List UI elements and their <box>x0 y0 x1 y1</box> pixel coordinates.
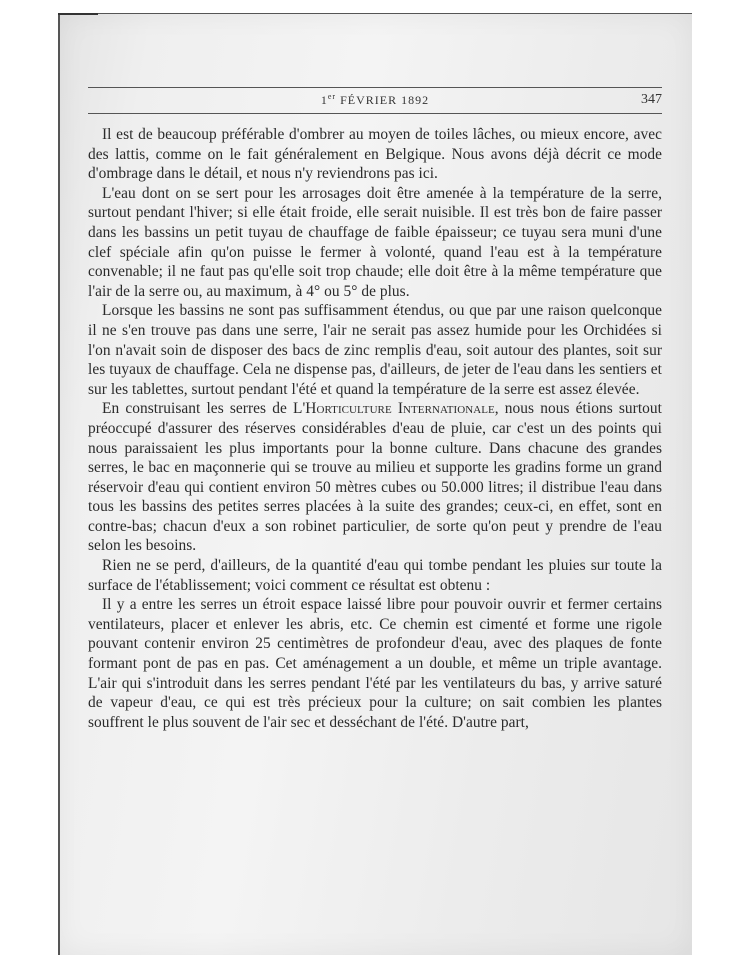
header-rule-bottom <box>88 113 662 114</box>
paragraph: Il y a entre les serres un étroit espace… <box>88 595 662 732</box>
paragraph: En construisant les serres de L'Horticul… <box>88 399 662 556</box>
publication-name: L'Horticulture Internationale <box>293 400 495 417</box>
running-head: 1er FÉVRIER 1892 347 <box>88 92 662 110</box>
paragraph: Il est de beaucoup préférable d'ombrer a… <box>88 125 662 184</box>
paragraph: Rien ne se perd, d'ailleurs, de la quant… <box>88 556 662 595</box>
header-rule-top <box>88 87 662 88</box>
paragraph: L'eau dont on se sert pour les arrosages… <box>88 184 662 302</box>
page-number: 347 <box>641 92 662 108</box>
paragraph: Lorsque les bassins ne sont pas suffisam… <box>88 301 662 399</box>
running-head-date: 1er FÉVRIER 1892 <box>88 92 662 108</box>
body-text: Il est de beaucoup préférable d'ombrer a… <box>88 125 662 732</box>
scanned-page: 1er FÉVRIER 1892 347 Il est de beaucoup … <box>58 13 692 955</box>
